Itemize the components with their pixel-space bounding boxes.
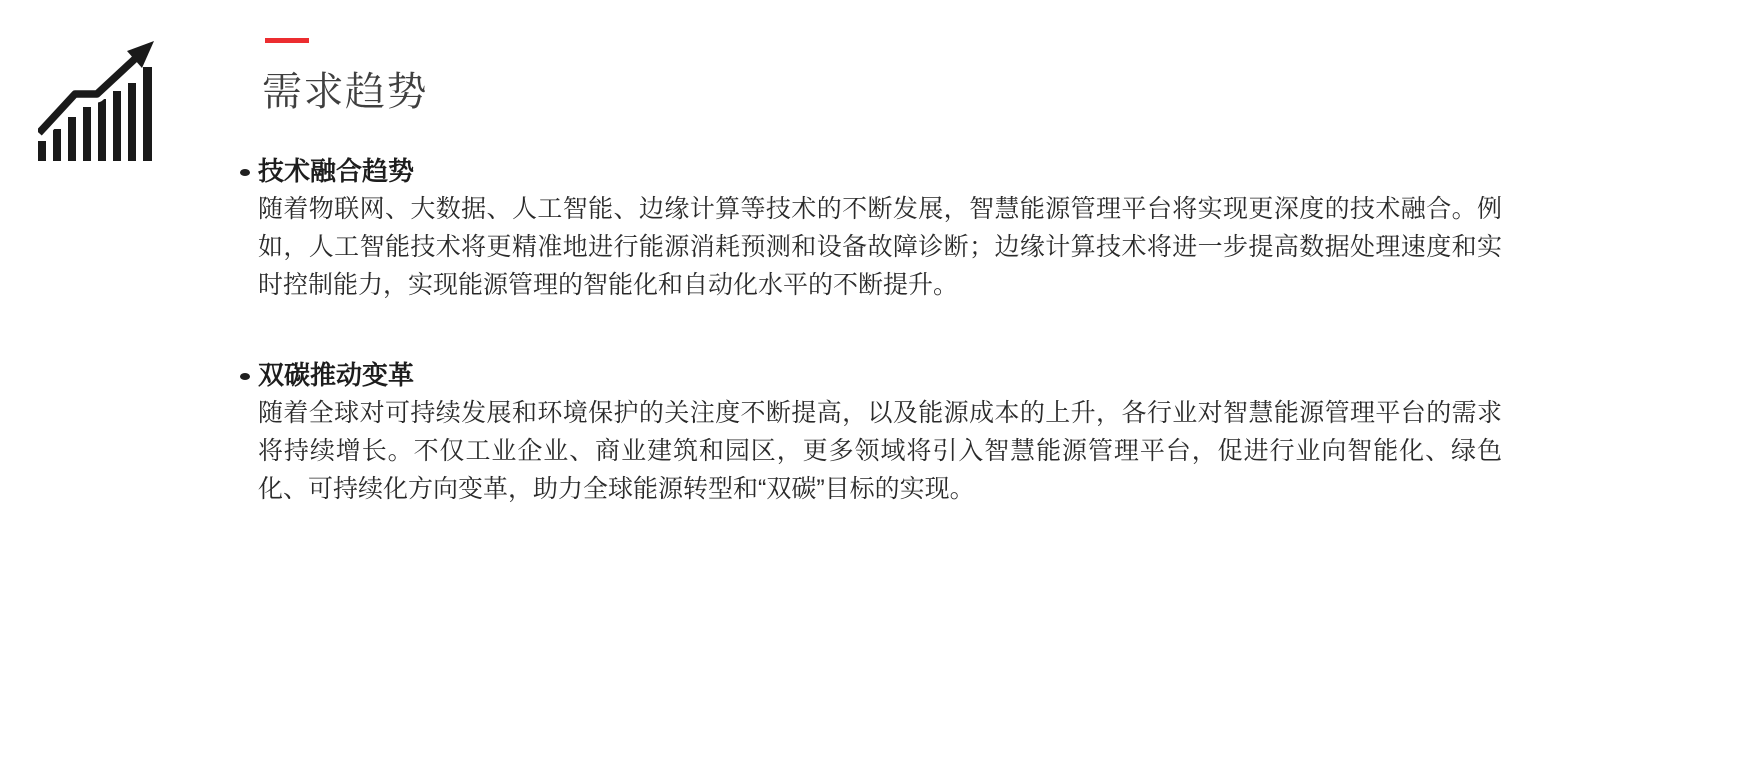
list-item-tech-fusion: 技术融合趋势 随着物联网、大数据、人工智能、边缘计算等技术的不断发展，智慧能源管… [240,152,1502,304]
list-item-dual-carbon: 双碳推动变革 随着全球对可持续发展和环境保护的关注度不断提高，以及能源成本的上升… [240,356,1502,508]
slide-page: { "header": { "title": "需求趋势", "accent_c… [0,0,1740,776]
page-title: 需求趋势 [262,60,428,117]
trend-list: 技术融合趋势 随着物联网、大数据、人工智能、边缘计算等技术的不断发展，智慧能源管… [240,152,1502,560]
bullet-body: 随着全球对可持续发展和环境保护的关注度不断提高，以及能源成本的上升，各行业对智慧… [258,394,1502,508]
bullet-dot-icon [240,373,250,380]
rising-bar-chart-icon [38,41,162,161]
bullet-dot-icon [240,169,250,176]
bullet-heading: 双碳推动变革 [258,356,1502,394]
bullet-heading: 技术融合趋势 [258,152,1502,190]
bullet-body: 随着物联网、大数据、人工智能、边缘计算等技术的不断发展，智慧能源管理平台将实现更… [258,190,1502,304]
title-accent-dash [265,38,309,43]
